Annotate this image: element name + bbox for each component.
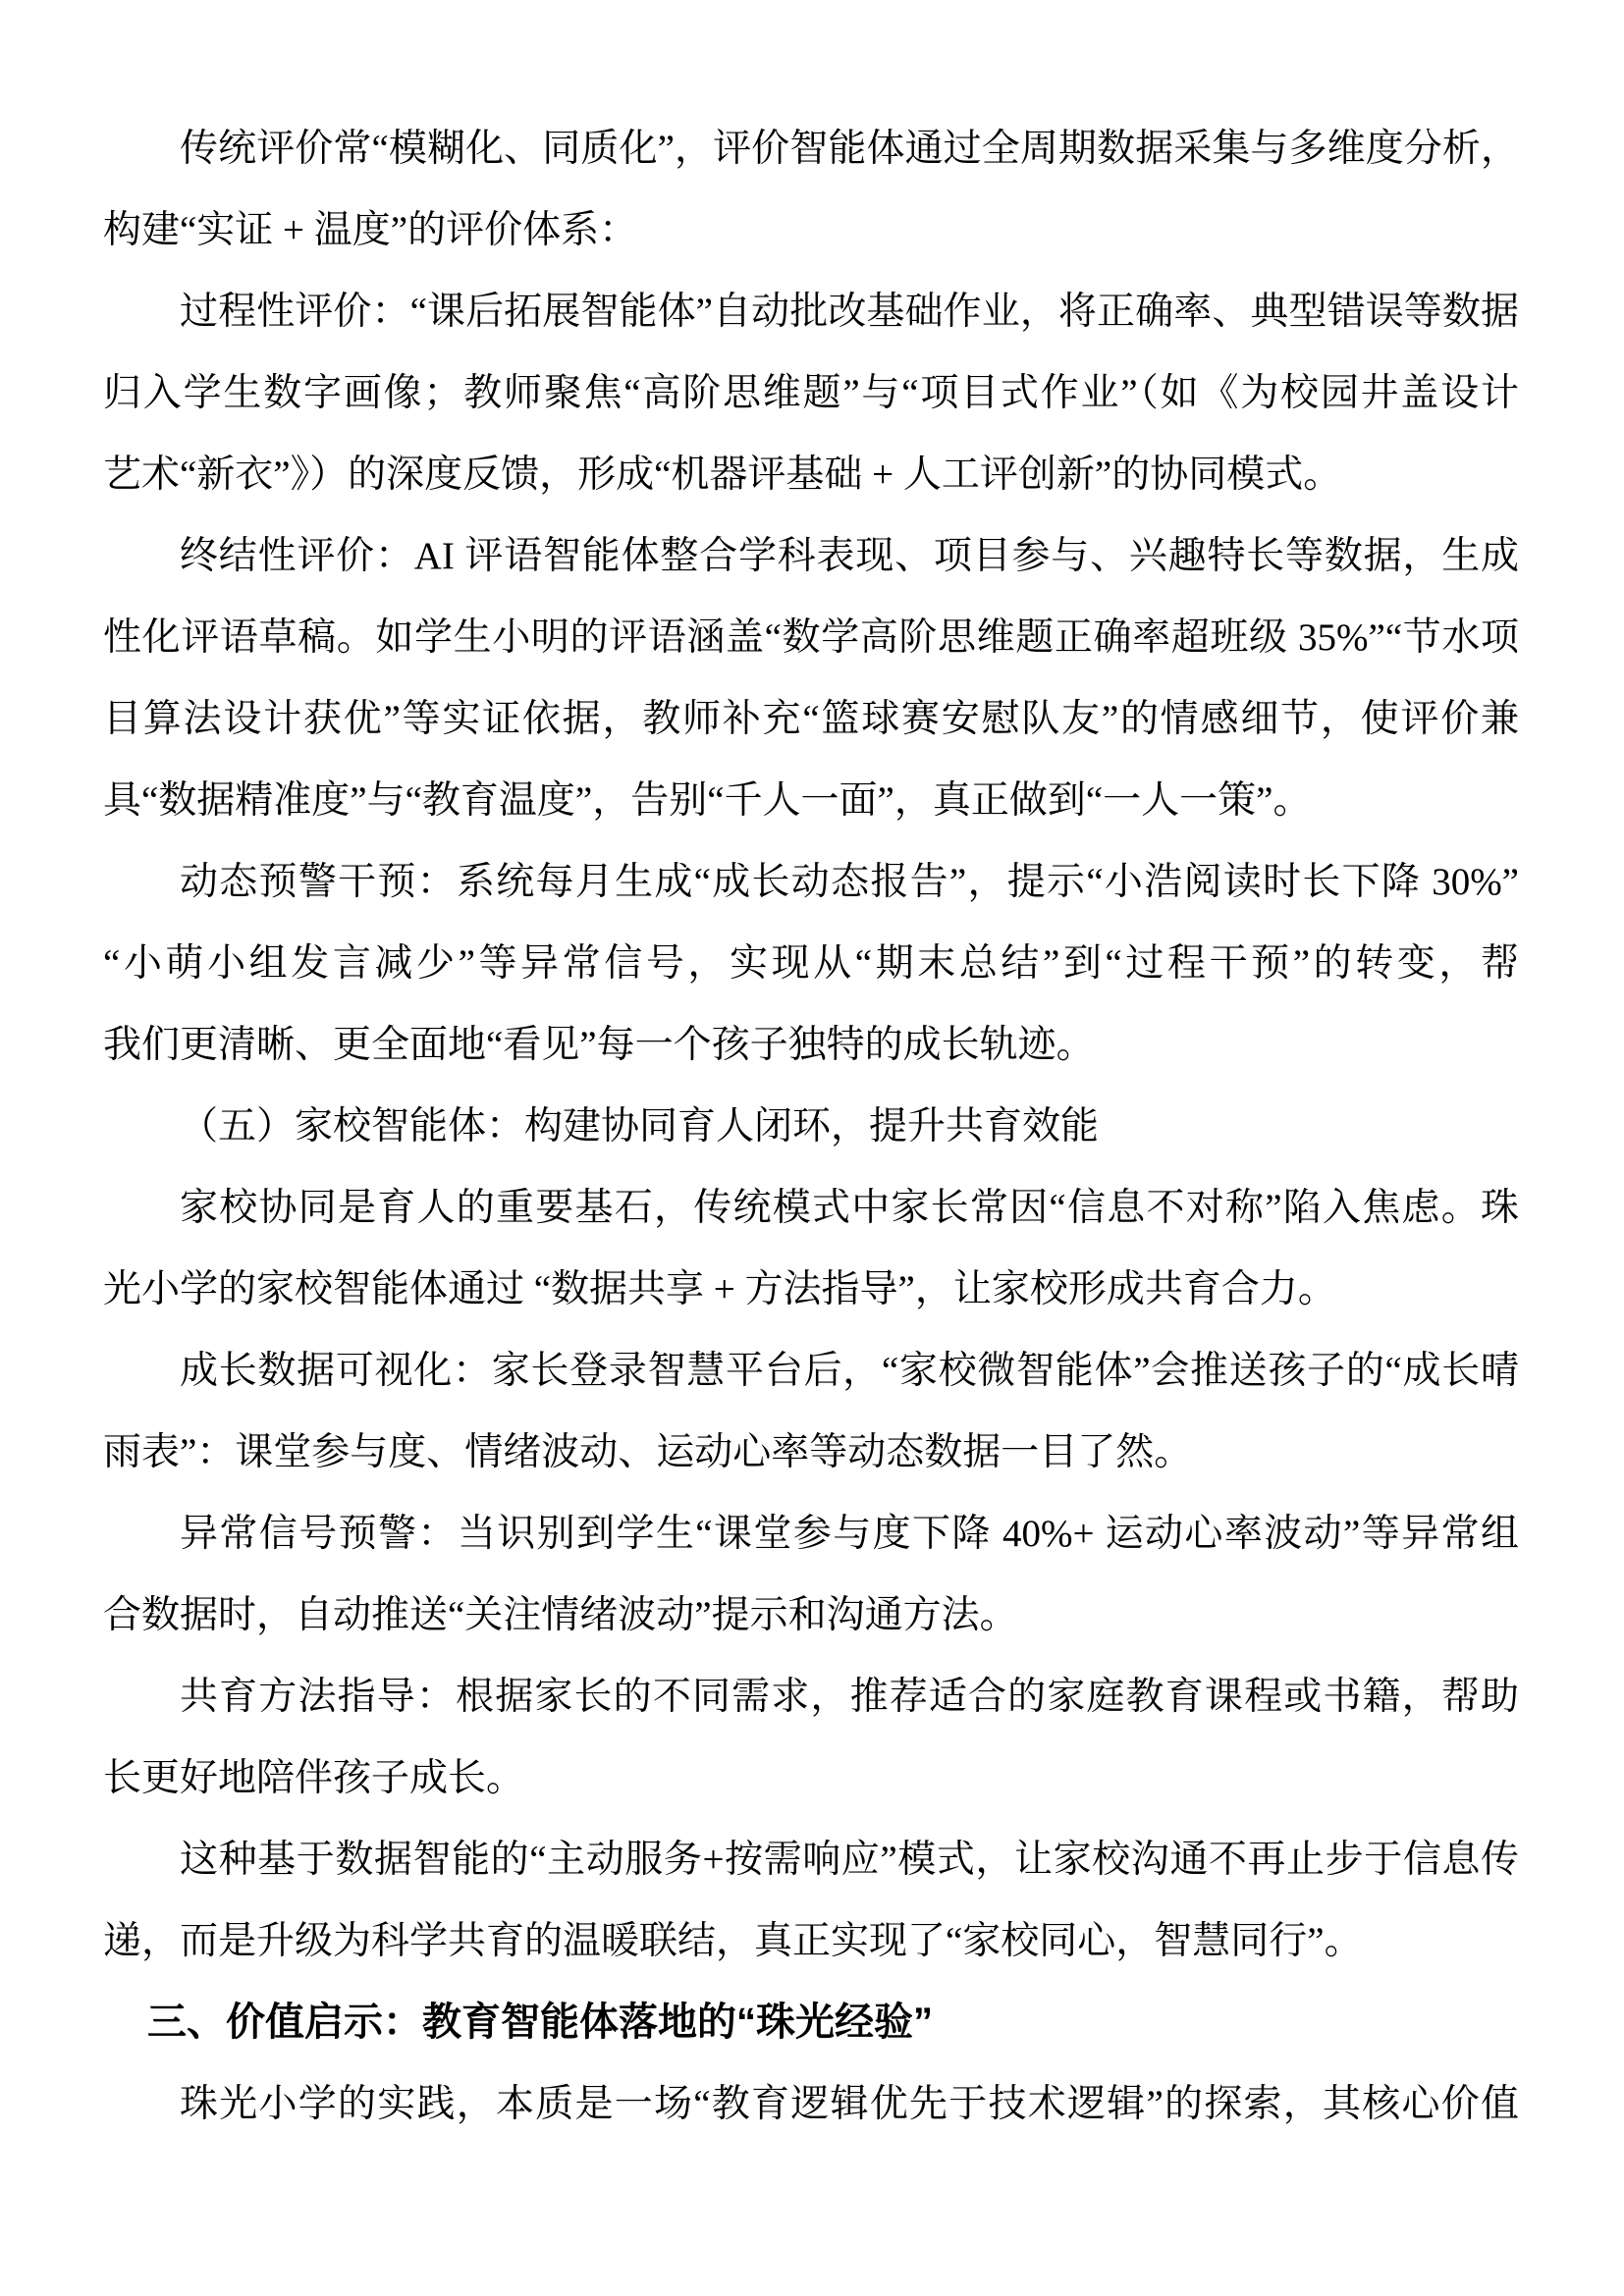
paragraph: 共育方法指导：根据家长的不同需求，推荐适合的家庭教育课程或书籍，帮助家 长更好地…	[103, 1656, 1519, 1819]
paragraph: 这种基于数据智能的“主动服务+按需响应”模式，让家校沟通不再止步于信息传 递，而…	[103, 1819, 1519, 1982]
text-line: （五）家校智能体：构建协同育人闭环，提升共育效能	[103, 1086, 1519, 1167]
text-line: 长更好地陪伴孩子成长。	[103, 1737, 1519, 1819]
text-line: 这种基于数据智能的“主动服务+按需响应”模式，让家校沟通不再止步于信息传	[103, 1819, 1519, 1900]
text-line: 异常信号预警：当识别到学生“课堂参与度下降 40%+ 运动心率波动”等异常组	[103, 1493, 1519, 1575]
paragraph: 成长数据可视化：家长登录智慧平台后，“家校微智能体”会推送孩子的“成长晴 雨表”…	[103, 1330, 1519, 1493]
text-line: 合数据时，自动推送“关注情绪波动”提示和沟通方法。	[103, 1575, 1519, 1656]
text-line: “小萌小组发言减少”等异常信号，实现从“期末总结”到“过程干预”的转变，帮	[103, 923, 1519, 1004]
text-line: 过程性评价：“课后拓展智能体”自动批改基础作业，将正确率、典型错误等数据	[103, 271, 1519, 352]
text-line: 动态预警干预：系统每月生成“成长动态报告”，提示“小浩阅读时长下降 30%”	[103, 841, 1519, 923]
paragraph: 终结性评价：AI 评语智能体整合学科表现、项目参与、兴趣特长等数据，生成个 性化…	[103, 515, 1519, 841]
paragraph: 传统评价常“模糊化、同质化”，评价智能体通过全周期数据采集与多维度分析， 构建“…	[103, 108, 1519, 271]
text-line: 性化评语草稿。如学生小明的评语涵盖“数学高阶思维题正确率超班级 35%”“节水项	[103, 597, 1519, 678]
text-line: 共育方法指导：根据家长的不同需求，推荐适合的家庭教育课程或书籍，帮助家	[103, 1656, 1519, 1737]
text-line: 光小学的家校智能体通过 “数据共享 + 方法指导”，让家校形成共育合力。	[103, 1249, 1519, 1330]
text-line: 雨表”：课堂参与度、情绪波动、运动心率等动态数据一目了然。	[103, 1412, 1519, 1493]
text-line: 传统评价常“模糊化、同质化”，评价智能体通过全周期数据采集与多维度分析，	[103, 108, 1519, 189]
text-line: 三、价值启示：教育智能体落地的“珠光经验”	[103, 1982, 1519, 2063]
text-line: 终结性评价：AI 评语智能体整合学科表现、项目参与、兴趣特长等数据，生成个	[103, 515, 1519, 597]
text-line: 家校协同是育人的重要基石，传统模式中家长常因“信息不对称”陷入焦虑。珠	[103, 1167, 1519, 1249]
document-content: 传统评价常“模糊化、同质化”，评价智能体通过全周期数据采集与多维度分析， 构建“…	[103, 108, 1519, 2145]
paragraph: 家校协同是育人的重要基石，传统模式中家长常因“信息不对称”陷入焦虑。珠 光小学的…	[103, 1167, 1519, 1330]
text-line: 艺术“新衣”》）的深度反馈，形成“机器评基础 + 人工评创新”的协同模式。	[103, 434, 1519, 515]
text-line: 目算法设计获优”等实证依据，教师补充“篮球赛安慰队友”的情感细节，使评价兼	[103, 678, 1519, 760]
paragraph: 过程性评价：“课后拓展智能体”自动批改基础作业，将正确率、典型错误等数据 归入学…	[103, 271, 1519, 515]
text-line: 我们更清晰、更全面地“看见”每一个孩子独特的成长轨迹。	[103, 1004, 1519, 1086]
section-heading: 三、价值启示：教育智能体落地的“珠光经验”	[103, 1982, 1519, 2063]
text-line: 成长数据可视化：家长登录智慧平台后，“家校微智能体”会推送孩子的“成长晴	[103, 1330, 1519, 1412]
paragraph: 异常信号预警：当识别到学生“课堂参与度下降 40%+ 运动心率波动”等异常组 合…	[103, 1493, 1519, 1656]
document-page: 传统评价常“模糊化、同质化”，评价智能体通过全周期数据采集与多维度分析， 构建“…	[0, 0, 1624, 2296]
paragraph: 珠光小学的实践，本质是一场“教育逻辑优先于技术逻辑”的探索，其核心价值	[103, 2063, 1519, 2145]
paragraph: 动态预警干预：系统每月生成“成长动态报告”，提示“小浩阅读时长下降 30%” “…	[103, 841, 1519, 1086]
text-line: 构建“实证 + 温度”的评价体系：	[103, 189, 1519, 271]
text-line: 具“数据精准度”与“教育温度”，告别“千人一面”，真正做到“一人一策”。	[103, 760, 1519, 841]
subsection-heading: （五）家校智能体：构建协同育人闭环，提升共育效能	[103, 1086, 1519, 1167]
text-line: 珠光小学的实践，本质是一场“教育逻辑优先于技术逻辑”的探索，其核心价值	[103, 2063, 1519, 2145]
text-line: 归入学生数字画像；教师聚焦“高阶思维题”与“项目式作业”（如《为校园井盖设计	[103, 352, 1519, 434]
text-line: 递，而是升级为科学共育的温暖联结，真正实现了“家校同心，智慧同行”。	[103, 1900, 1519, 1982]
